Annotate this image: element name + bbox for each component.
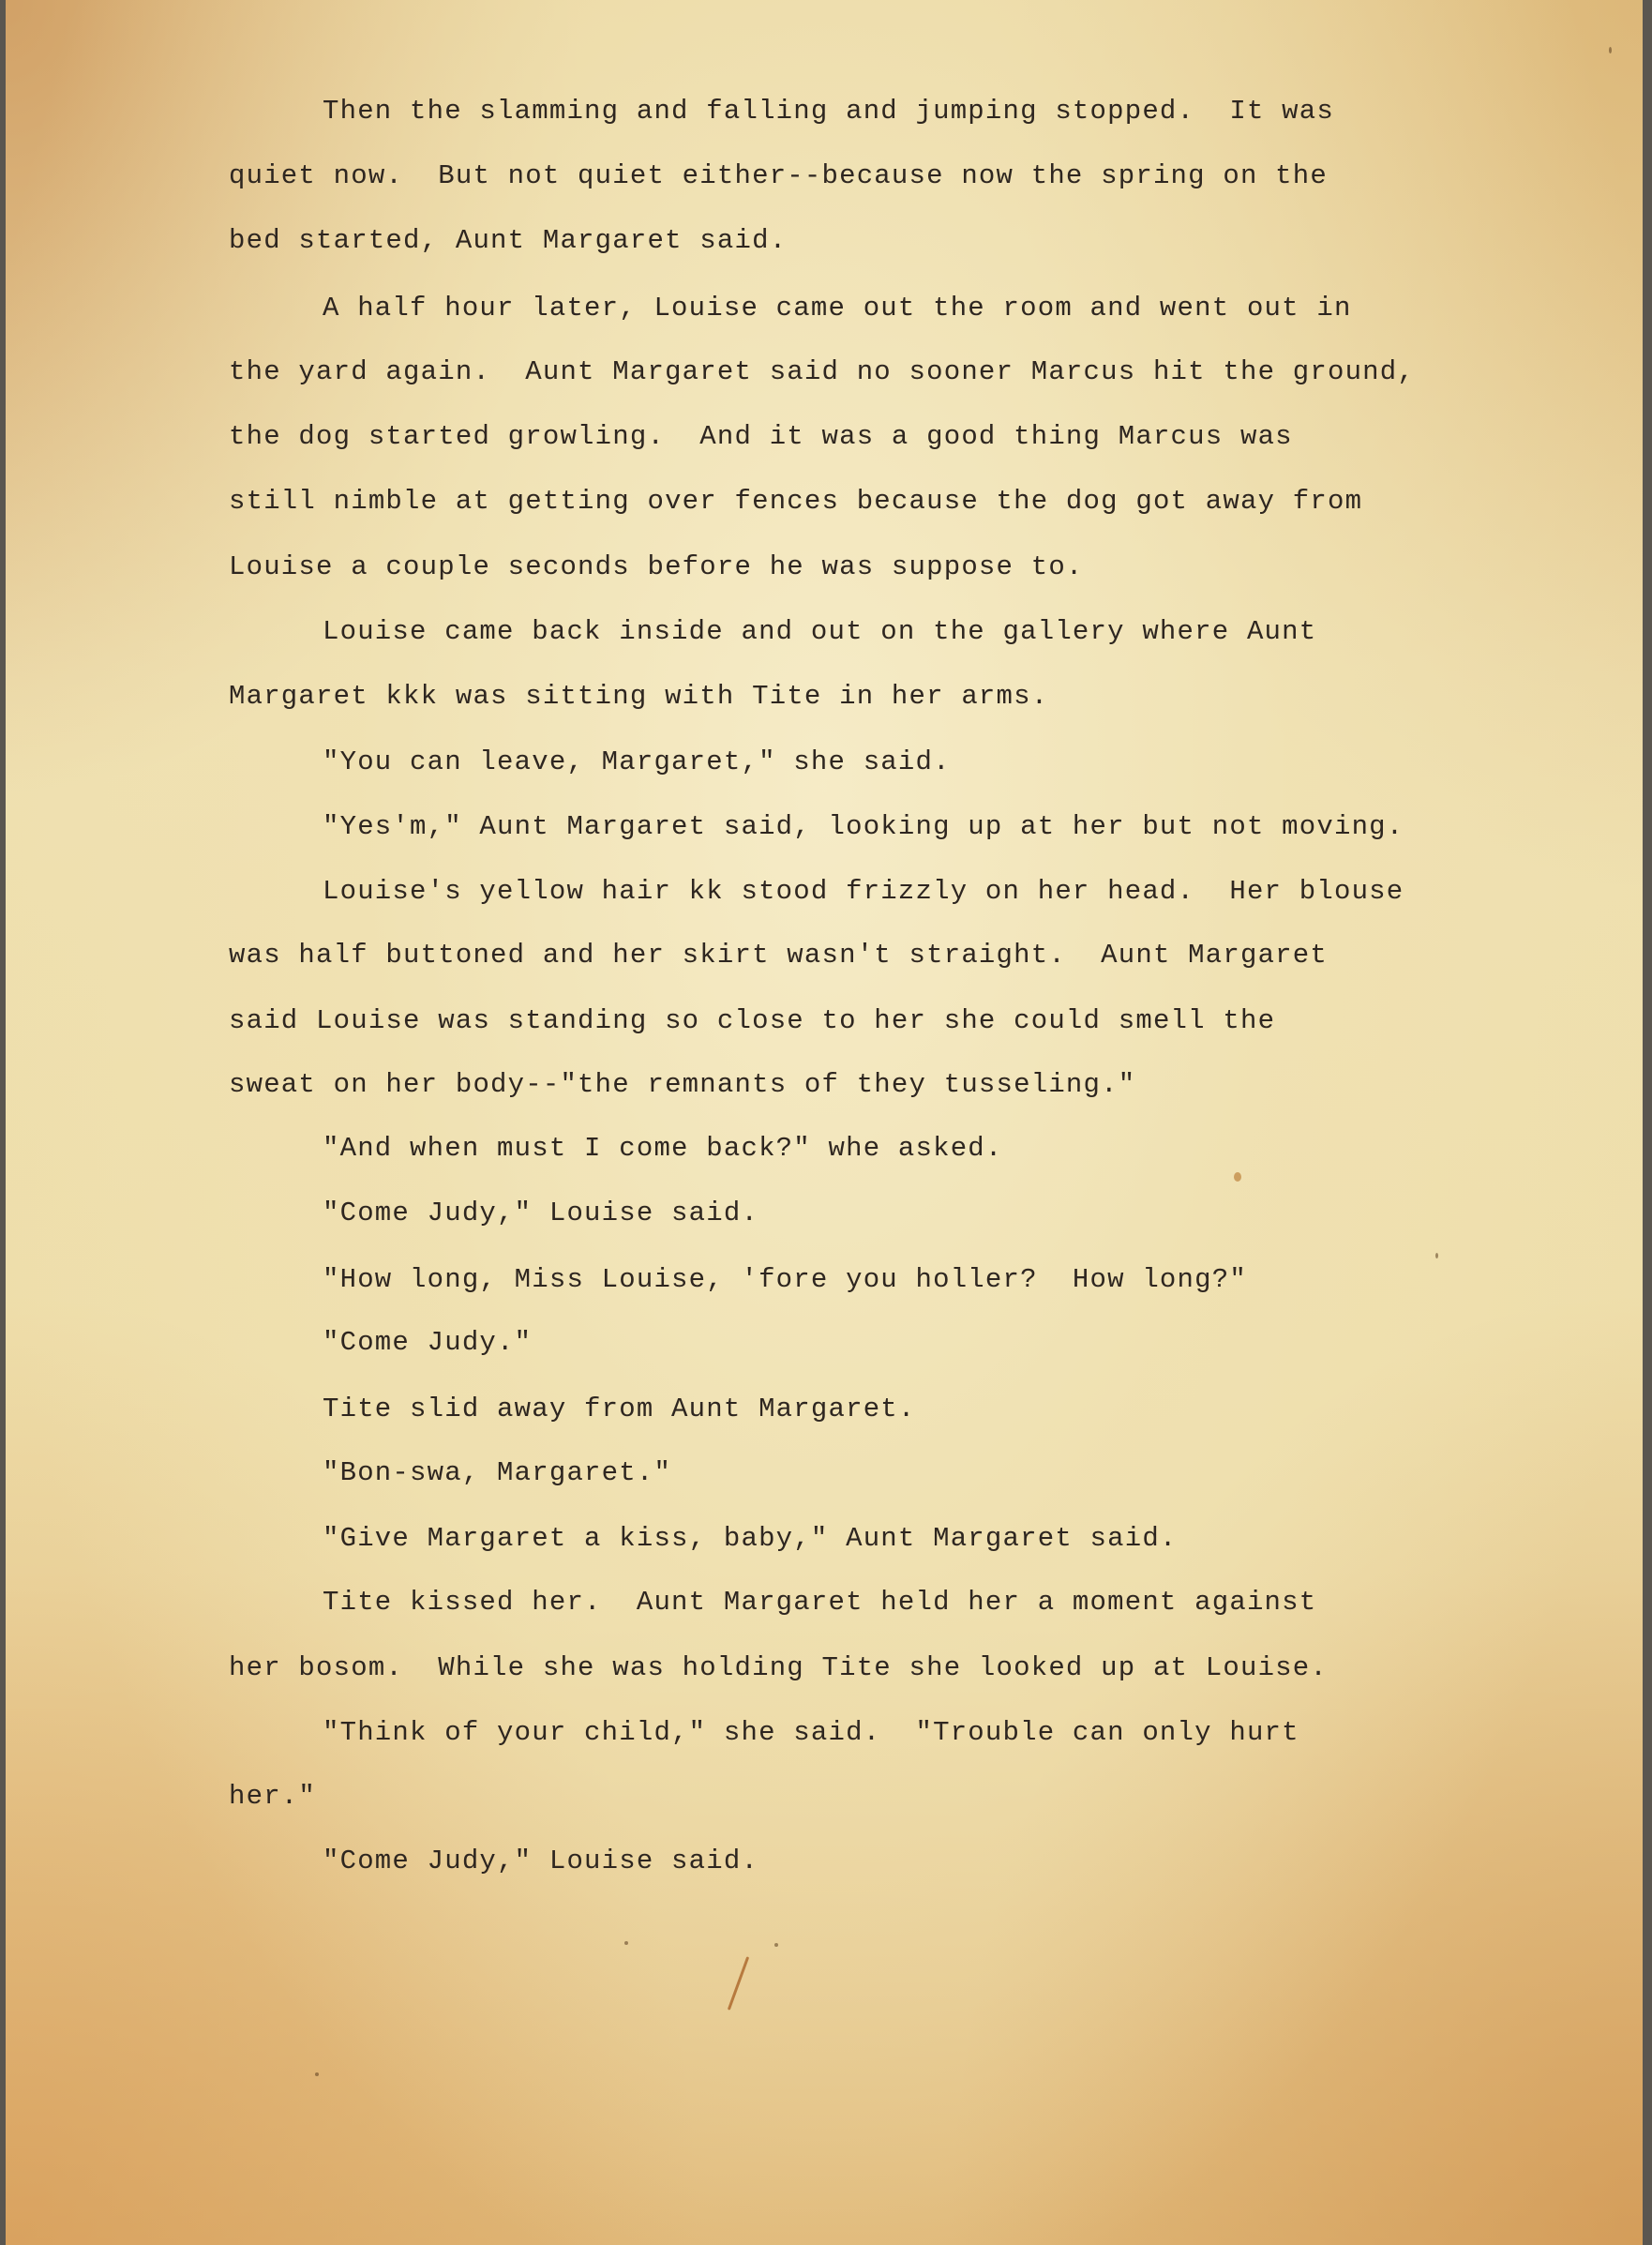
text-line: "Come Judy." <box>323 1327 532 1358</box>
text-line: "Give Margaret a kiss, baby," Aunt Marga… <box>323 1523 1178 1554</box>
text-line: Tite slid away from Aunt Margaret. <box>323 1394 916 1424</box>
paper-speck <box>774 1943 778 1947</box>
text-line: the dog started growling. And it was a g… <box>229 421 1293 452</box>
text-line: "Come Judy," Louise said. <box>323 1198 758 1228</box>
text-line: said Louise was standing so close to her… <box>229 1005 1275 1036</box>
text-line: bed started, Aunt Margaret said. <box>229 225 787 256</box>
paper-stain-dot <box>1234 1172 1241 1182</box>
paper-scratch-mark <box>728 1956 749 2010</box>
text-line: "Bon-swa, Margaret." <box>323 1457 671 1488</box>
text-line: "You can leave, Margaret," she said. <box>323 746 951 777</box>
paper-speck <box>1435 1253 1438 1258</box>
text-line: Then the slamming and falling and jumpin… <box>323 96 1334 127</box>
text-line: "And when must I come back?" whe asked. <box>323 1133 1003 1164</box>
text-line: Louise's yellow hair kk stood frizzly on… <box>323 876 1404 907</box>
text-line: Louise came back inside and out on the g… <box>323 616 1316 647</box>
text-line: her." <box>229 1781 316 1812</box>
text-line: sweat on her body--"the remnants of they… <box>229 1069 1135 1100</box>
text-line: Louise a couple seconds before he was su… <box>229 551 1084 582</box>
text-line: Tite kissed her. Aunt Margaret held her … <box>323 1587 1316 1618</box>
text-line: "Come Judy," Louise said. <box>323 1846 758 1876</box>
paper-speck <box>624 1941 628 1945</box>
text-line: still nimble at getting over fences beca… <box>229 486 1362 517</box>
text-line: quiet now. But not quiet either--because… <box>229 160 1328 191</box>
paper-speck <box>1609 47 1612 53</box>
text-line: "Think of your child," she said. "Troubl… <box>323 1717 1299 1748</box>
text-line: the yard again. Aunt Margaret said no so… <box>229 356 1415 387</box>
paper-speck <box>315 2072 319 2076</box>
text-line: "How long, Miss Louise, 'fore you holler… <box>323 1264 1247 1295</box>
text-line: "Yes'm," Aunt Margaret said, looking up … <box>323 811 1404 842</box>
text-line: was half buttoned and her skirt wasn't s… <box>229 940 1328 971</box>
typewritten-page: Then the slamming and falling and jumpin… <box>6 0 1643 2245</box>
text-line: Margaret kkk was sitting with Tite in he… <box>229 681 1048 712</box>
text-line: A half hour later, Louise came out the r… <box>323 293 1352 324</box>
text-line: her bosom. While she was holding Tite sh… <box>229 1652 1328 1683</box>
